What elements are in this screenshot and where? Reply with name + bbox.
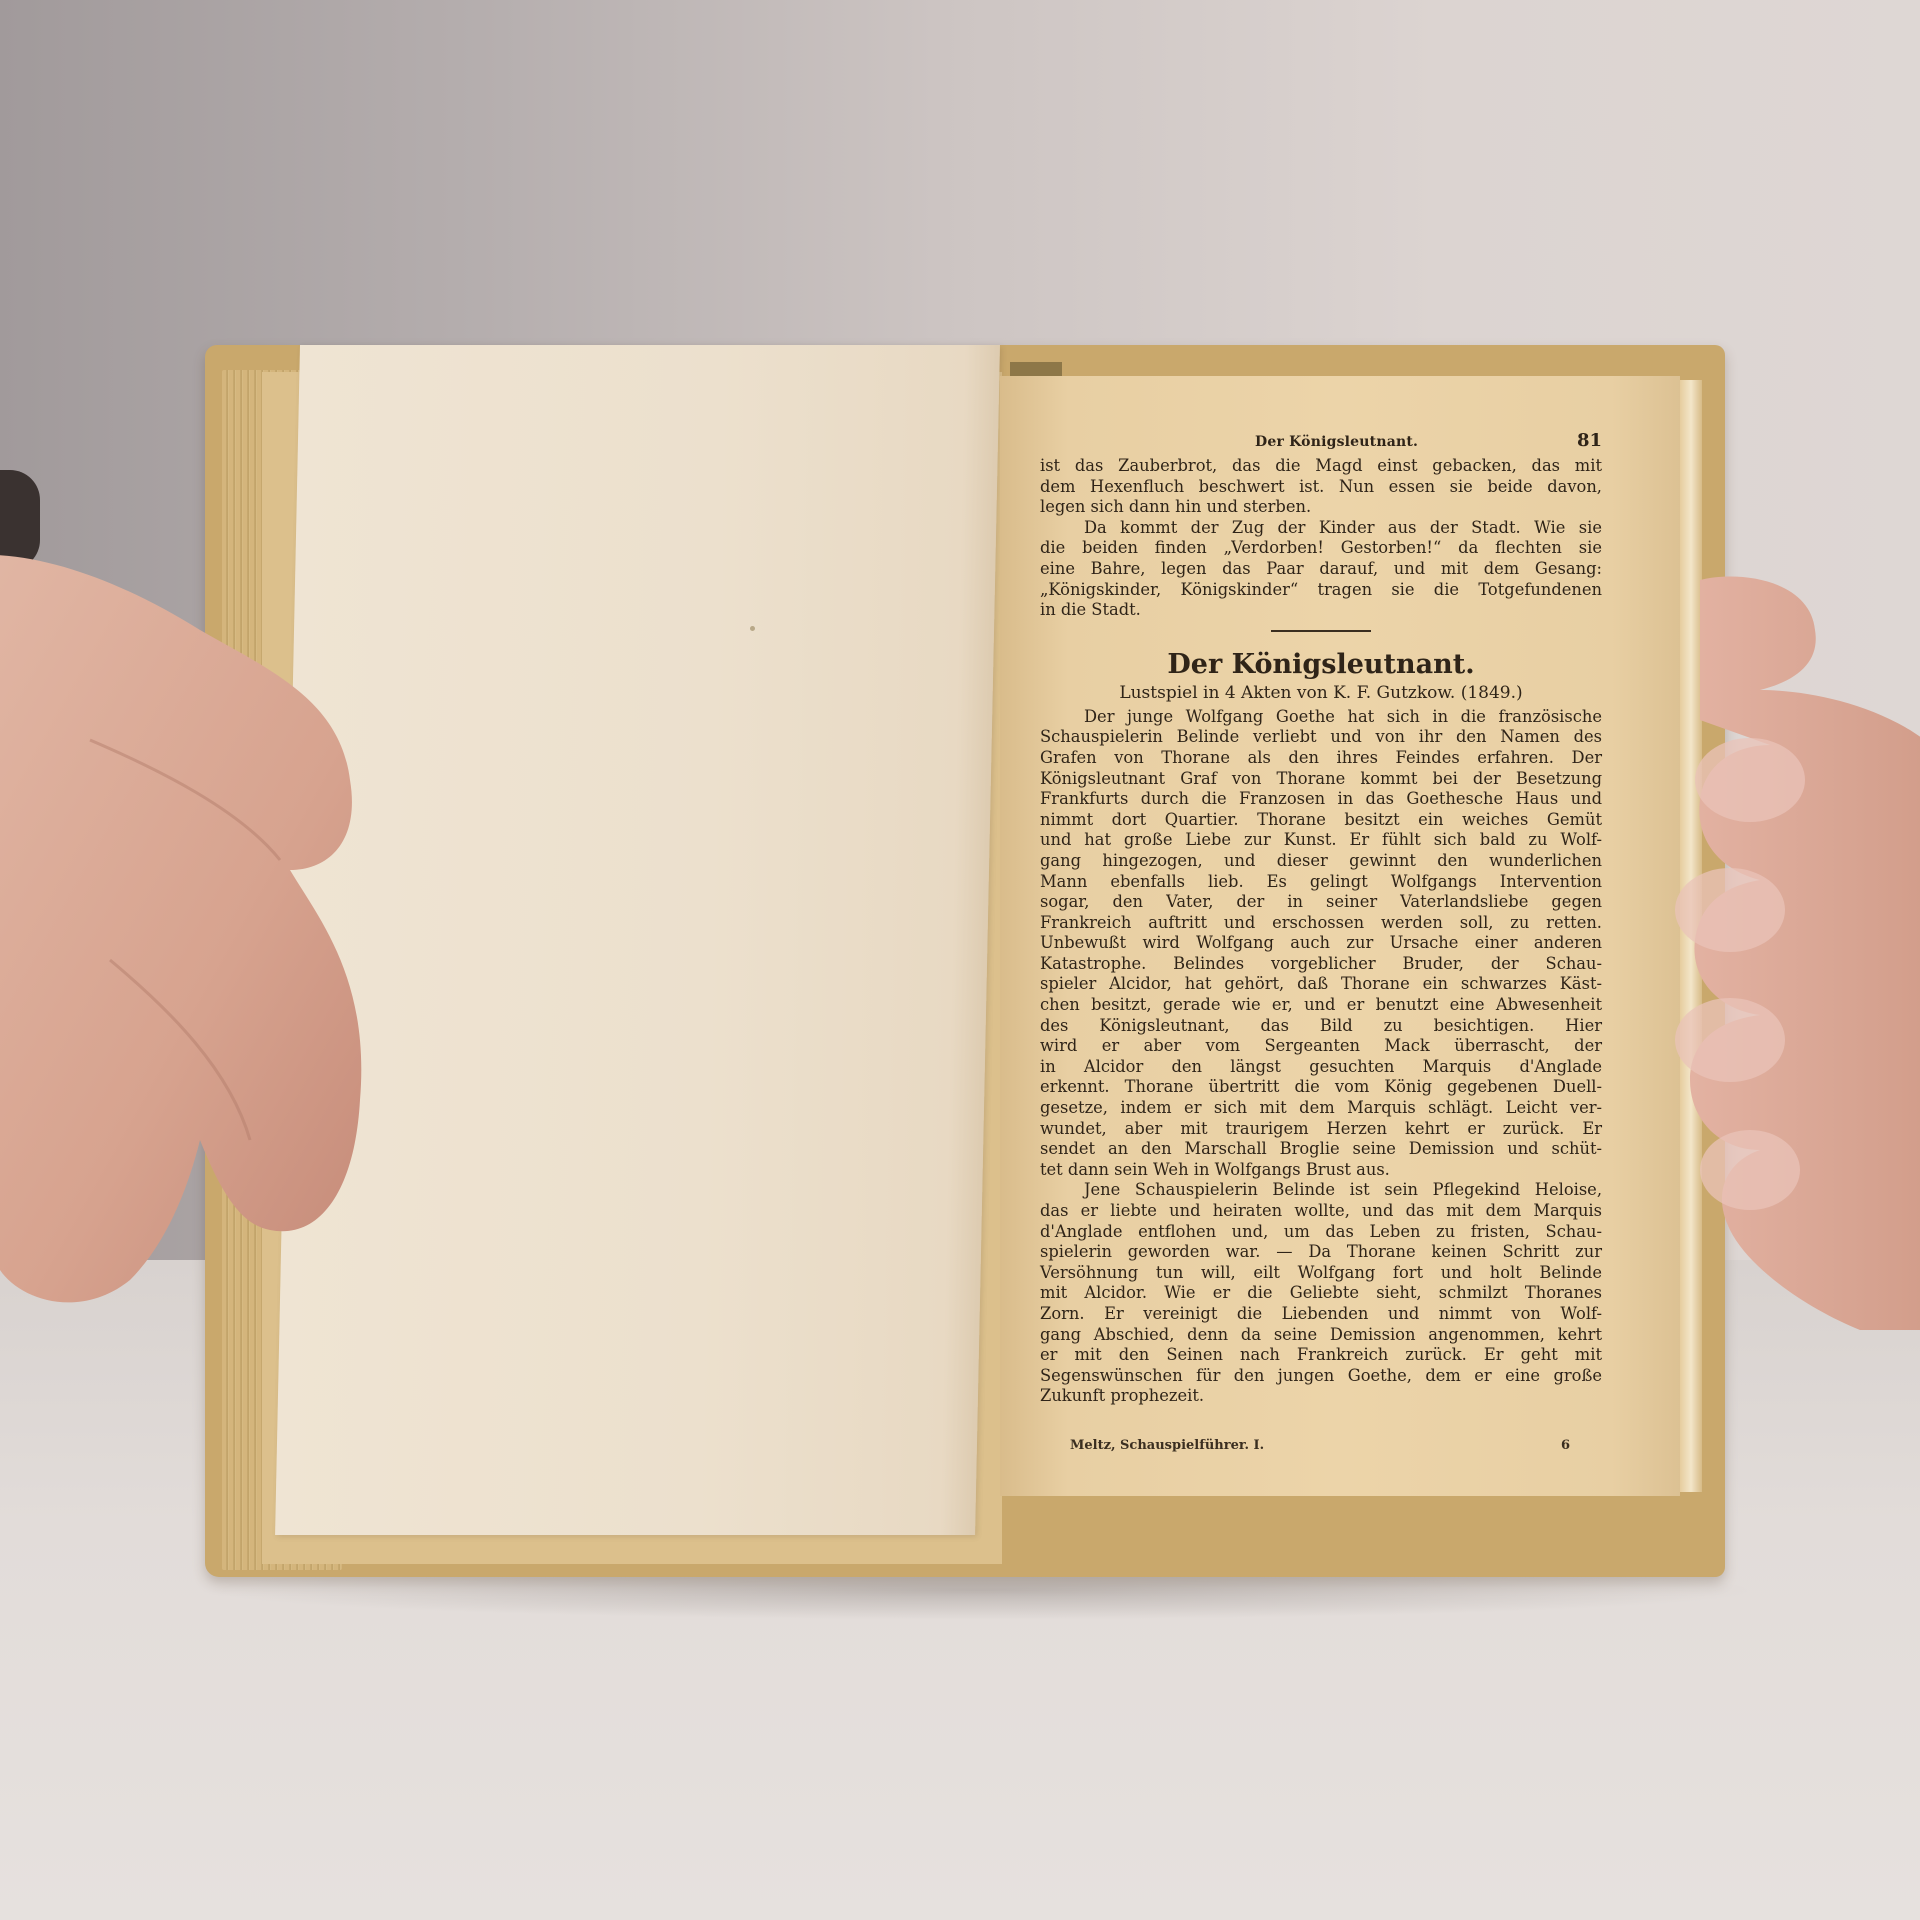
text-line: er mit den Seinen nach Frankreich zurück… — [1040, 1345, 1602, 1366]
text-line: Königsleutnant Graf von Thorane kommt be… — [1040, 769, 1602, 790]
text-line: gang hingezogen, und dieser gewinnt den … — [1040, 851, 1602, 872]
text-line: d'Anglade entflohen und, um das Leben zu… — [1040, 1222, 1602, 1243]
text-line: erkennt. Thorane übertritt die vom König… — [1040, 1077, 1602, 1098]
text-line: in Alcidor den längst gesuchten Marquis … — [1040, 1057, 1602, 1078]
text-line: spielerin geworden war. — Da Thorane kei… — [1040, 1242, 1602, 1263]
text-line: wird er aber vom Sergeanten Mack überras… — [1040, 1036, 1602, 1057]
text-line: Zorn. Er vereinigt die Liebenden und nim… — [1040, 1304, 1602, 1325]
text-line: eine Bahre, legen das Paar darauf, und m… — [1040, 559, 1602, 580]
text-line: „Königskinder, Königskinder“ tragen sie … — [1040, 580, 1602, 601]
text-line: legen sich dann hin und sterben. — [1040, 497, 1602, 518]
text-line: gang Abschied, denn da seine Demission a… — [1040, 1325, 1602, 1346]
section-divider — [1271, 630, 1371, 632]
right-hand — [1610, 570, 1920, 1330]
fingernail — [1675, 868, 1785, 952]
fingernail — [1675, 998, 1785, 1082]
fingernail — [1695, 738, 1805, 822]
left-hand — [0, 540, 390, 1320]
text-line: das er liebte und heiraten wollte, und d… — [1040, 1201, 1602, 1222]
text-line: Segenswünschen für den jungen Goethe, de… — [1040, 1366, 1602, 1387]
text-line: Katastrophe. Belindes vorgeblicher Brude… — [1040, 954, 1602, 975]
paragraph: Da kommt der Zug der Kinder aus der Stad… — [1040, 518, 1602, 621]
text-line: Unbewußt wird Wolfgang auch zur Ursache … — [1040, 933, 1602, 954]
text-line: nimmt dort Quartier. Thorane besitzt ein… — [1040, 810, 1602, 831]
text-line: tet dann sein Weh in Wolfgangs Brust aus… — [1040, 1160, 1602, 1181]
page-footer: Meltz, Schauspielführer. I. 6 — [1070, 1438, 1570, 1453]
text-line: und hat große Liebe zur Kunst. Er fühlt … — [1040, 830, 1602, 851]
text-line: wundet, aber mit traurigem Herzen kehrt … — [1040, 1119, 1602, 1140]
text-line: gesetze, indem er sich mit dem Marquis s… — [1040, 1098, 1602, 1119]
text-line: Versöhnung tun will, eilt Wolfgang fort … — [1040, 1263, 1602, 1284]
section-title: Der Königsleutnant. — [1040, 648, 1602, 682]
text-line: Frankreich auftritt und erschossen werde… — [1040, 913, 1602, 934]
section-subtitle: Lustspiel in 4 Akten von K. F. Gutzkow. … — [1040, 682, 1602, 704]
text-line: Schauspielerin Belinde verliebt und von … — [1040, 727, 1602, 748]
paragraph: ist das Zauberbrot, das die Magd einst g… — [1040, 456, 1602, 518]
running-head-title: Der Königsleutnant. — [1255, 434, 1418, 450]
text-line: Jene Schauspielerin Belinde ist sein Pfl… — [1040, 1180, 1602, 1201]
page-number: 81 — [1577, 430, 1602, 451]
text-line: Grafen von Thorane als den ihres Feindes… — [1040, 748, 1602, 769]
text-line: Da kommt der Zug der Kinder aus der Stad… — [1040, 518, 1602, 539]
paragraph: Der junge Wolfgang Goethe hat sich in di… — [1040, 707, 1602, 1181]
text-line: mit Alcidor. Wie er die Geliebte sieht, … — [1040, 1283, 1602, 1304]
text-line: in die Stadt. — [1040, 600, 1602, 621]
running-head: Der Königsleutnant. 81 — [1040, 428, 1602, 456]
text-line: Frankfurts durch die Franzosen in das Go… — [1040, 789, 1602, 810]
paper-speck — [750, 626, 755, 631]
fingernail — [1700, 1130, 1800, 1210]
text-line: ist das Zauberbrot, das die Magd einst g… — [1040, 456, 1602, 477]
text-line: Der junge Wolfgang Goethe hat sich in di… — [1040, 707, 1602, 728]
right-page-text: Der Königsleutnant. 81 ist das Zauberbro… — [1040, 428, 1602, 1407]
text-line: die beiden finden „Verdorben! Gestorben!… — [1040, 538, 1602, 559]
footer-imprint: Meltz, Schauspielführer. I. — [1070, 1438, 1264, 1453]
text-line: sendet an den Marschall Broglie seine De… — [1040, 1139, 1602, 1160]
text-line: des Königsleutnant, das Bild zu besichti… — [1040, 1016, 1602, 1037]
text-line: spieler Alcidor, hat gehört, daß Thorane… — [1040, 974, 1602, 995]
text-line: chen besitzt, gerade wie er, und er benu… — [1040, 995, 1602, 1016]
text-line: sogar, den Vater, der in seiner Vaterlan… — [1040, 892, 1602, 913]
text-line: Mann ebenfalls lieb. Es gelingt Wolfgang… — [1040, 872, 1602, 893]
text-line: dem Hexenfluch beschwert ist. Nun essen … — [1040, 477, 1602, 498]
paragraph: Jene Schauspielerin Belinde ist sein Pfl… — [1040, 1180, 1602, 1407]
text-line: Zukunft prophezeit. — [1040, 1386, 1602, 1407]
signature-mark: 6 — [1561, 1438, 1570, 1453]
